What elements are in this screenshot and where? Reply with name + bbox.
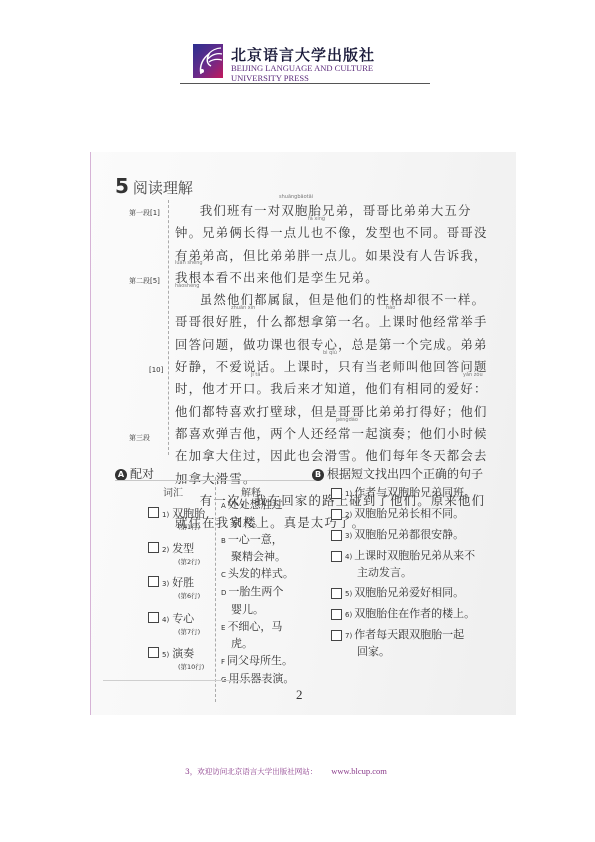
answer-checkbox[interactable] <box>331 609 342 620</box>
definition-item: E不细心，马虎。 <box>221 619 301 654</box>
paragraph-label-3: 第三段 <box>129 433 150 443</box>
statement-item: 5)双胞胎兄弟爱好相同。 <box>331 585 501 602</box>
answer-checkbox[interactable] <box>331 588 342 599</box>
definition-item: A处处想胜过别人。 <box>221 497 301 532</box>
answer-checkbox[interactable] <box>148 647 159 658</box>
exercise-a-title-text: 配对 <box>130 467 154 481</box>
publisher-name-en-line1: BEIJING LANGUAGE AND CULTURE <box>231 63 373 73</box>
answer-checkbox[interactable] <box>148 576 159 587</box>
statement-item: 7)作者每天跟双胞胎一起回家。 <box>331 627 501 660</box>
exercise-b-title-text: 根据短文找出四个正确的句子 <box>327 467 483 481</box>
section-title: 5阅读理解 <box>115 174 193 198</box>
answer-checkbox[interactable] <box>331 488 342 499</box>
definition-item: C头发的样式。 <box>221 566 301 584</box>
definition-item: B一心一意，聚精会神。 <box>221 532 301 567</box>
bottom-divider <box>103 680 268 681</box>
phoenix-logo-icon <box>193 44 223 78</box>
footer: 3，欢迎访问北京语言大学出版社网站：www.blcup.com <box>185 766 387 777</box>
paragraph-label-2: 第二段[5] <box>129 276 160 286</box>
statement-list: 1)作者与双胞胎兄弟同班。 2)双胞胎兄弟长相不同。 3)双胞胎兄弟都很安静。 … <box>331 485 501 664</box>
answer-checkbox[interactable] <box>148 507 159 518</box>
statement-item: 6)双胞胎住在作者的楼上。 <box>331 606 501 623</box>
answer-checkbox[interactable] <box>331 509 342 520</box>
paragraph-1: 我们班有一对双胞胎兄弟，哥哥比弟弟大五分钟。兄弟俩长得一点儿也不像，发型也不同。… <box>175 200 495 289</box>
textbook-page: 5阅读理解 第一段[1] 第二段[5] [10] 第三段 shuāngbāotā… <box>90 152 516 715</box>
section-title-text: 阅读理解 <box>133 179 193 197</box>
column-header-word: 词汇 <box>163 484 183 499</box>
publisher-header: 北京语言大学出版社 BEIJING LANGUAGE AND CULTURE U… <box>193 44 418 84</box>
statement-item: 1)作者与双胞胎兄弟同班。 <box>331 485 501 502</box>
publisher-name-cn: 北京语言大学出版社 <box>231 44 375 65</box>
answer-checkbox[interactable] <box>148 612 159 623</box>
website-link[interactable]: www.blcup.com <box>331 766 387 776</box>
word-item: 3)好胜 (第6行) <box>148 574 200 600</box>
word-item: 4)专心 (第7行) <box>148 610 200 636</box>
word-item: 1)双胞胎 (第1行) <box>148 505 205 531</box>
definition-item: F同父母所生。 <box>221 653 301 671</box>
header-divider <box>180 83 430 84</box>
word-item: 2)发型 (第2行) <box>148 540 200 566</box>
statement-item: 3)双胞胎兄弟都很安静。 <box>331 527 501 544</box>
statement-item: 4)上课时双胞胎兄弟从来不主动发言。 <box>331 548 501 581</box>
paragraph-label-1: 第一段[1] <box>129 208 160 218</box>
line-number-10: [10] <box>149 366 163 374</box>
exercise-a-column-divider <box>215 477 216 702</box>
page-number: 2 <box>296 687 303 703</box>
passage-margin-rule <box>168 200 169 455</box>
footer-text: 3，欢迎访问北京语言大学出版社网站： <box>185 767 317 776</box>
statement-item: 2)双胞胎兄弟长相不同。 <box>331 506 501 523</box>
paragraph-2: 虽然他们都属鼠，但是他们的性格却很不一样。哥哥很好胜，什么都想拿第一名。上课时他… <box>175 289 495 490</box>
section-number: 5 <box>115 174 129 198</box>
answer-checkbox[interactable] <box>148 542 159 553</box>
exercise-b-title: B根据短文找出四个正确的句子 <box>312 465 483 482</box>
answer-checkbox[interactable] <box>331 630 342 641</box>
publisher-name-en-line2: UNIVERSITY PRESS <box>231 73 309 83</box>
exercise-b-badge: B <box>312 469 324 481</box>
definition-item: D一胎生两个婴儿。 <box>221 584 301 619</box>
definition-list: A处处想胜过别人。 B一心一意，聚精会神。 C头发的样式。 D一胎生两个婴儿。 … <box>221 497 301 689</box>
answer-checkbox[interactable] <box>331 551 342 562</box>
word-item: 5)演奏 (第10行) <box>148 645 204 671</box>
answer-checkbox[interactable] <box>331 530 342 541</box>
